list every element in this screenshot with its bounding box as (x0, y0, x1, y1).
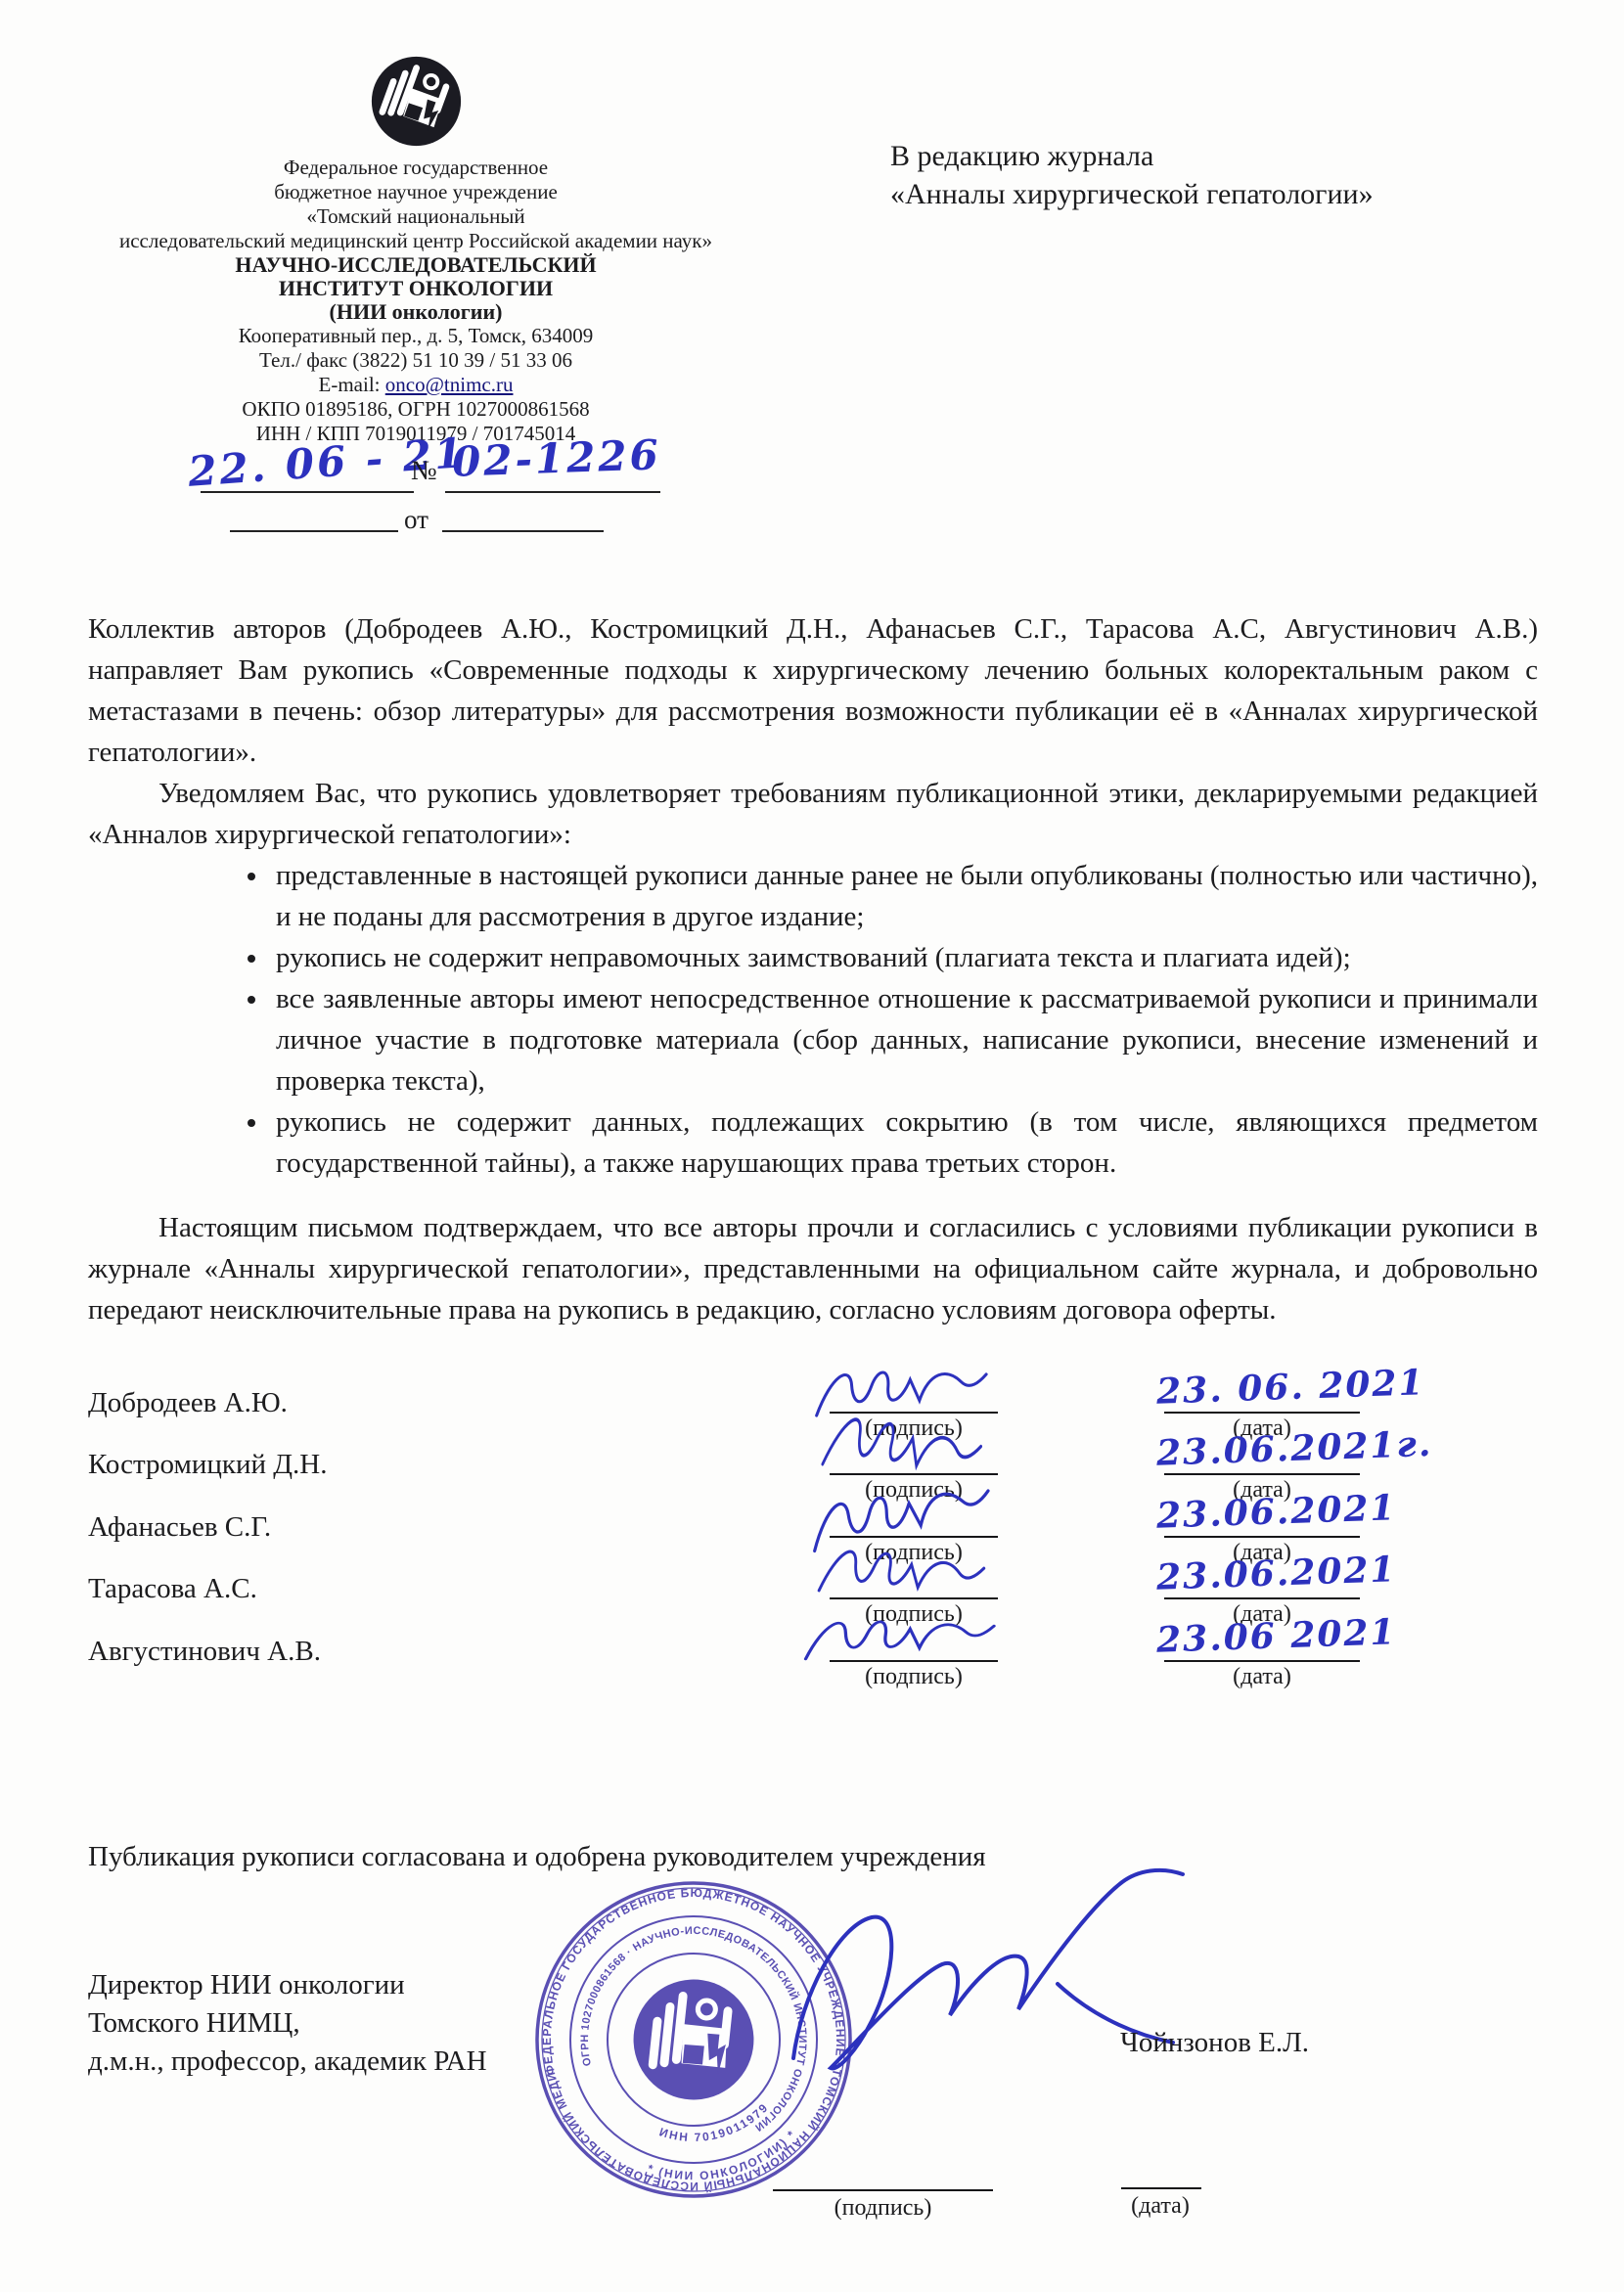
institute-name-line1: НАУЧНО-ИССЛЕДОВАТЕЛЬСКИЙ (59, 253, 773, 277)
institute-name-line2: ИНСТИТУТ ОНКОЛОГИИ (59, 277, 773, 300)
signature-line (830, 1660, 998, 1662)
bottom-date-label: (дата) (1057, 2193, 1264, 2220)
org-name-line2: бюджетное научное учреждение (59, 180, 773, 204)
author-signatures-block: Добродеев А.Ю. (подпись) 23. 06. 2021 (д… (88, 1377, 1538, 1700)
letter-body: Коллектив авторов (Добродеев А.Ю., Костр… (88, 608, 1538, 1330)
institute-phone: Тел./ факс (3822) 51 10 39 / 51 33 06 (59, 348, 773, 373)
institute-address: Кооперативный пер., д. 5, Томск, 634009 (59, 324, 773, 348)
signature-label: (подпись) (800, 1664, 1027, 1690)
date-line (1164, 1412, 1360, 1414)
ethics-bullet-list: представленные в настоящей рукописи данн… (88, 855, 1538, 1184)
paragraph-ethics-intro: Уведомляем Вас, что рукопись удовлетворя… (88, 773, 1538, 855)
date-label: (дата) (1164, 1664, 1360, 1690)
doc-date-line (201, 491, 414, 493)
director-name: Чойнзонов Е.Л. (1120, 2027, 1309, 2059)
signature-line (830, 1536, 998, 1538)
director-signature-scribble (778, 1857, 1198, 2111)
author-name: Тарасова А.С. (88, 1573, 257, 1605)
ot-left-line (230, 530, 398, 532)
handwritten-doc-number: 02-1226 (451, 430, 661, 485)
author-name: Костромицкий Д.Н. (88, 1449, 327, 1481)
signature-line (830, 1597, 998, 1599)
paragraph-confirmation: Настоящим письмом подтверждаем, что все … (88, 1207, 1538, 1330)
email-label: E-mail: (319, 373, 381, 396)
date-line (1164, 1473, 1360, 1475)
bullet-item: все заявленные авторы имеют непосредстве… (270, 978, 1538, 1101)
date-line (1164, 1536, 1360, 1538)
bullet-item: рукопись не содержит неправомочных заимс… (270, 937, 1538, 978)
author-name: Августинович А.В. (88, 1636, 321, 1668)
addressee-block: В редакцию журнала «Анналы хирургической… (890, 137, 1477, 213)
bottom-date-line (1121, 2187, 1201, 2189)
institute-logo-icon (370, 55, 463, 148)
org-name-line1: Федеральное государственное (59, 156, 773, 180)
org-name-line4: исследовательский медицинский центр Росс… (59, 229, 773, 253)
addressee-line2: «Анналы хирургической гепатологии» (890, 175, 1477, 213)
org-name-line3: «Томский национальный (59, 204, 773, 229)
letterhead: Федеральное государственное бюджетное на… (59, 55, 773, 446)
bottom-signature-line (773, 2189, 993, 2191)
date-line (1164, 1597, 1360, 1599)
doc-number-line (445, 491, 660, 493)
paragraph-authors: Коллектив авторов (Добродеев А.Ю., Костр… (88, 608, 1538, 773)
signature-row: Августинович А.В. (подпись) 23.06 2021 (… (88, 1626, 1538, 1687)
scanned-letter-page: Федеральное государственное бюджетное на… (0, 0, 1624, 2292)
author-name: Афанасьев С.Г. (88, 1511, 271, 1544)
ot-label: от (404, 505, 429, 535)
bullet-item: представленные в настоящей рукописи данн… (270, 855, 1538, 937)
ot-right-line (442, 530, 604, 532)
email-link[interactable]: onco@tnimc.ru (385, 373, 514, 396)
bottom-signature-label: (подпись) (773, 2195, 993, 2222)
okpo-ogrn: ОКПО 01895186, ОГРН 1027000861568 (59, 397, 773, 422)
addressee-line1: В редакцию журнала (890, 137, 1477, 175)
author-name: Добродеев А.Ю. (88, 1387, 288, 1419)
institute-name-line3: (НИИ онкологии) (59, 300, 773, 324)
institute-email-line: E-mail: onco@tnimc.ru (59, 373, 773, 397)
bullet-item: рукопись не содержит данных, подлежащих … (270, 1101, 1538, 1184)
date-line (1164, 1660, 1360, 1662)
handwritten-date: 23. 06. 2021 (1155, 1360, 1479, 1412)
number-sign: № (411, 456, 437, 487)
